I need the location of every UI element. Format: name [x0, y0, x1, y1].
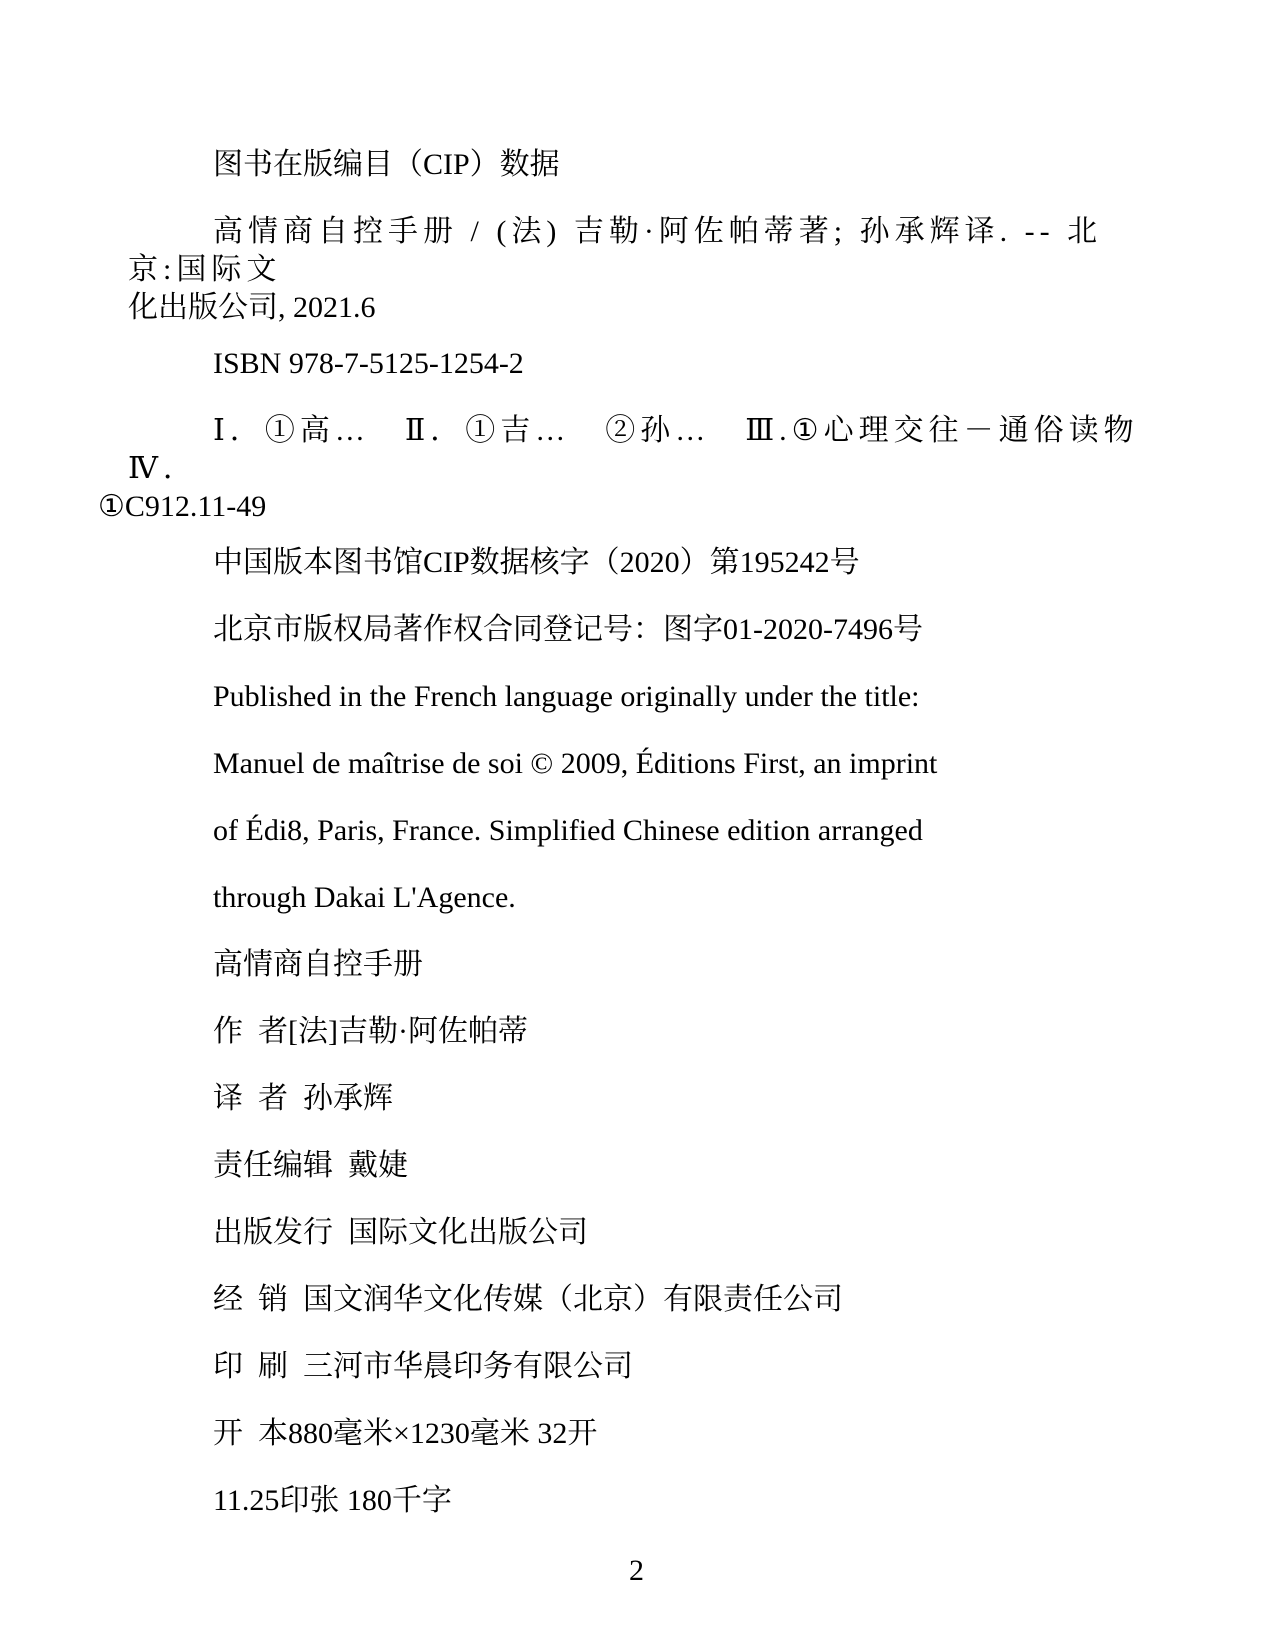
- original-publication-line-2: Manuel de maîtrise de soi © 2009, Éditio…: [128, 745, 1145, 783]
- editor-line: 责任编辑 戴婕: [128, 1147, 1145, 1185]
- original-publication-line-3: of Édi8, Paris, France. Simplified Chine…: [128, 812, 1145, 850]
- original-publication-line-1: Published in the French language origina…: [128, 678, 1145, 716]
- print-sheets-line: 11.25印张 180千字: [128, 1482, 1145, 1520]
- book-title: 高情商自控手册: [128, 946, 1145, 984]
- publisher-line: 出版发行 国际文化出版公司: [128, 1214, 1145, 1252]
- copyright-registration-number: 北京市版权局著作权合同登记号：图字01-2020-7496号: [128, 611, 1145, 649]
- title-statement-line-2: 化出版公司, 2021.6: [128, 289, 1145, 327]
- isbn-line: ISBN 978-7-5125-1254-2: [128, 345, 1145, 383]
- format-line: 开 本880毫米×1230毫米 32开: [128, 1415, 1145, 1453]
- cip-header: 图书在版编目（CIP）数据: [128, 146, 1145, 184]
- printer-line: 印 刷 三河市华晨印务有限公司: [128, 1348, 1145, 1386]
- classification-line-1: Ⅰ．①高… Ⅱ．①吉… ②孙… Ⅲ.①心理交往－通俗读物Ⅳ．: [128, 412, 1145, 488]
- author-line: 作 者[法]吉勒·阿佐帕蒂: [128, 1013, 1145, 1051]
- title-statement-line-1: 高情商自控手册 / (法) 吉勒·阿佐帕蒂著; 孙承辉译. -- 北京:国际文: [128, 213, 1145, 289]
- original-publication-line-4: through Dakai L'Agence.: [128, 879, 1145, 917]
- classification-line-2: ①C912.11-49: [98, 488, 1145, 526]
- distributor-line: 经 销 国文润华文化传媒（北京）有限责任公司: [128, 1281, 1145, 1319]
- translator-line: 译 者 孙承辉: [128, 1080, 1145, 1118]
- page-number: 2: [128, 1552, 1145, 1590]
- cip-record-number: 中国版本图书馆CIP数据核字（2020）第195242号: [128, 544, 1145, 582]
- cip-copyright-page: 图书在版编目（CIP）数据 高情商自控手册 / (法) 吉勒·阿佐帕蒂著; 孙承…: [0, 0, 1275, 1650]
